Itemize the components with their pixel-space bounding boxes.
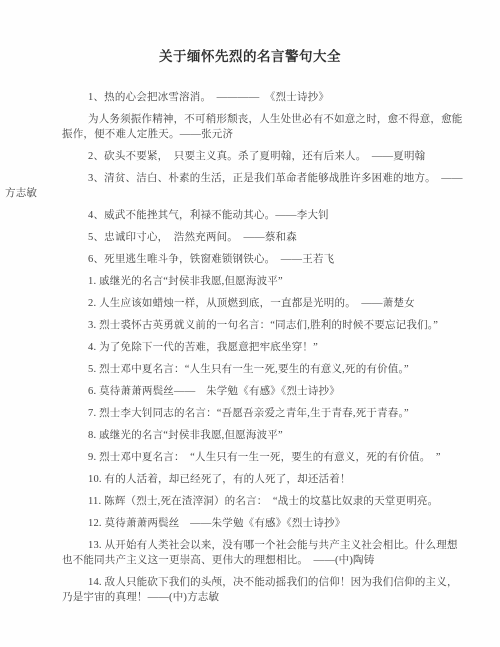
quote-paragraph: 1. 戚继光的名言“封侯非我愿,但愿海波平”	[62, 274, 468, 289]
quote-paragraph: 10. 有的人活着，却已经死了，有的人死了，却还活着！	[62, 472, 468, 487]
quote-paragraph: 6、死里逃生唯斗争，铁窗难锁钢铁心。 ——王若飞	[62, 252, 468, 267]
quote-paragraph: 为人务须振作精神，不可稍形颓丧，人生处世必有不如意之时，愈不得意，愈能振作，便不…	[62, 112, 468, 142]
quote-list: 1、热的心会把冰雪溶消。 ———— 《烈士诗抄》为人务须振作精神，不可稍形颓丧，…	[62, 90, 468, 605]
quote-paragraph: 2、砍头不要紧， 只要主义真。杀了夏明翰，还有后来人。 ——夏明翰	[62, 149, 468, 164]
page-title: 关于缅怀先烈的名言警句大全	[0, 48, 500, 66]
quote-paragraph: 8. 戚继光的名言“封侯非我愿,但愿海波平”	[62, 428, 468, 443]
quote-paragraph: 6. 莫待萧萧两鬓丝—— 朱学勉《有感》《烈士诗抄》	[62, 384, 468, 399]
document-page: 关于缅怀先烈的名言警句大全 1、热的心会把冰雪溶消。 ———— 《烈士诗抄》为人…	[0, 0, 500, 647]
quote-paragraph: 5. 烈士邓中夏名言：“人生只有一生一死,要生的有意义,死的有价值。”	[62, 362, 468, 377]
quote-paragraph: 14. 敌人只能砍下我们的头颅，决不能动摇我们的信仰！因为我们信仰的主义，乃是宇…	[62, 575, 468, 605]
quote-paragraph: 4、威武不能挫其气，利禄不能动其心。——李大钊	[62, 208, 468, 223]
quote-paragraph: 3、清贫、洁白、朴素的生活，正是我们革命者能够战胜许多困难的地方。 ——方志敏	[5, 171, 468, 201]
quote-paragraph: 1、热的心会把冰雪溶消。 ———— 《烈士诗抄》	[62, 90, 468, 105]
quote-paragraph: 7. 烈士李大钊同志的名言：“吾愿吾亲爱之青年,生于青春,死于青春。”	[62, 406, 468, 421]
quote-paragraph: 11. 陈辉（烈士,死在渣滓洞）的名言： “战士的坟墓比奴隶的天堂更明亮。	[62, 494, 468, 509]
quote-paragraph: 13. 从开始有人类社会以来，没有哪一个社会能与共产主义社会相比。什么理想也不能…	[62, 538, 468, 568]
quote-paragraph: 9. 烈士邓中夏名言： “人生只有一生一死，要生的有意义，死的有价值。 ”	[62, 450, 468, 465]
quote-paragraph: 12. 莫待萧萧两鬓丝 ——朱学勉《有感》《烈士诗抄》	[62, 516, 468, 531]
quote-paragraph: 4. 为了免除下一代的苦难，我愿意把牢底坐穿！”	[62, 340, 468, 355]
quote-paragraph: 3. 烈士裘怀古英勇就义前的一句名言：“同志们,胜利的时候不要忘记我们。”	[62, 318, 468, 333]
quote-paragraph: 5、忠诚印寸心， 浩然充两间。 ——蔡和森	[62, 230, 468, 245]
quote-paragraph: 2. 人生应该如蜡烛一样，从顶燃到底，一直都是光明的。 ——萧楚女	[62, 296, 468, 311]
